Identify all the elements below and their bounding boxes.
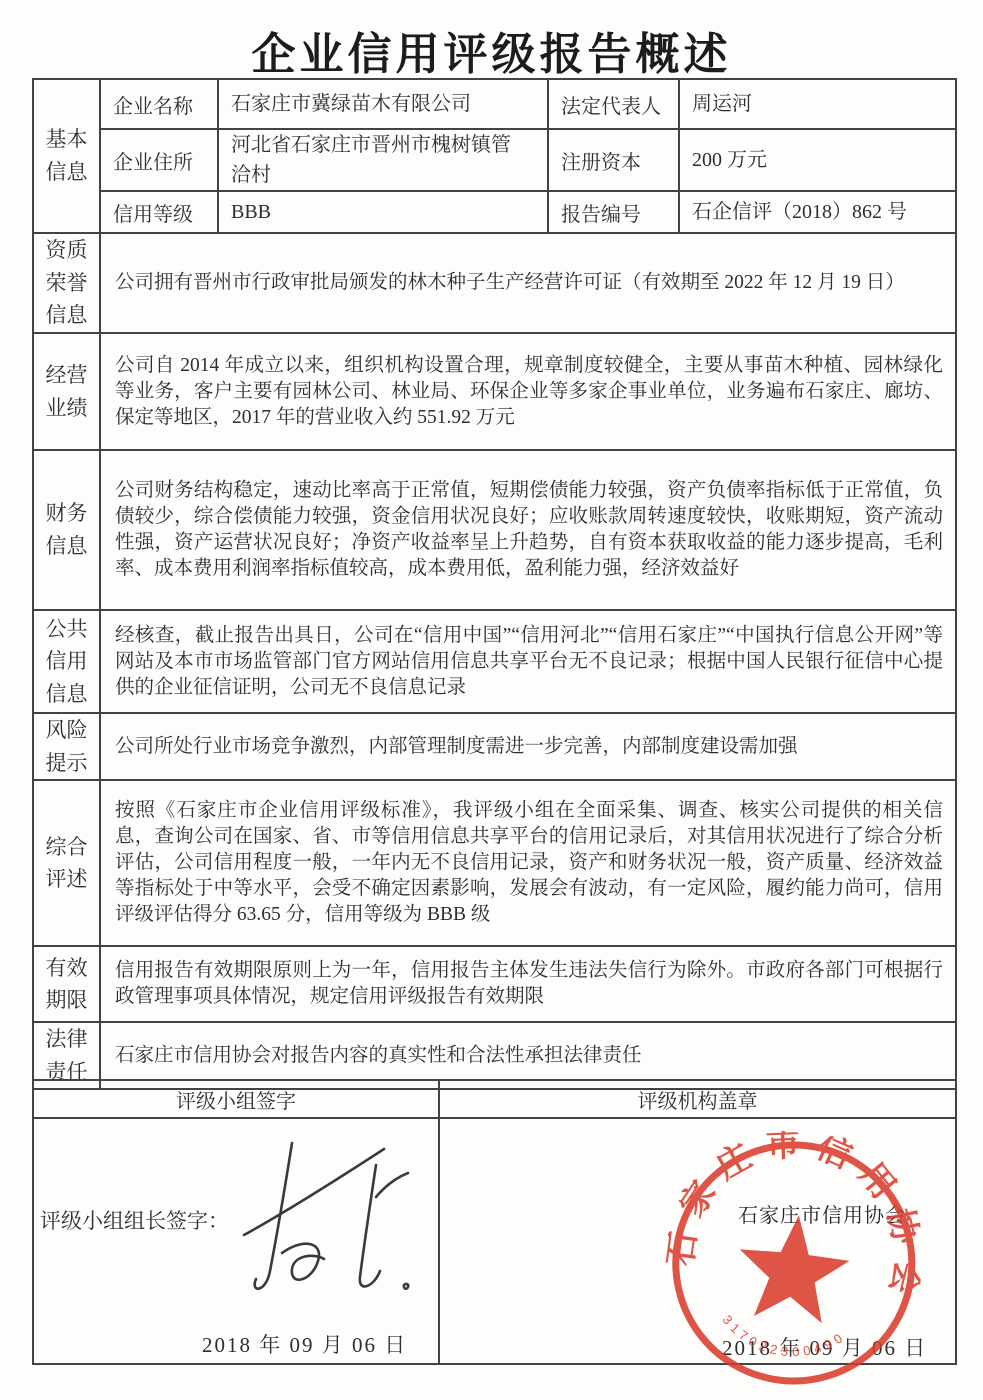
field-label-registered-capital: 注册资本 (548, 129, 679, 191)
field-value-report-number: 石企信评（2018）862 号 (679, 191, 956, 233)
credit-report-page: 企业信用评级报告概述 基本信息 企业名称 石家庄市冀绿苗木有限公司 法定代表人 … (0, 0, 983, 1400)
section-label-text: 资质荣誉信息 (45, 234, 88, 332)
field-label-legal-rep: 法定代表人 (548, 79, 679, 129)
section-label-text: 公共信用信息 (45, 613, 88, 711)
section-content-overall: 按照《石家庄市企业信用评级标准》，我评级小组在全面采集、调查、核实公司提供的相关… (100, 780, 956, 946)
signature-table: 评级小组签字 评级机构盖章 评级小组组长签字： (32, 1079, 957, 1365)
section-row-qualifications: 资质荣誉信息 公司拥有晋州市行政审批局颁发的林木种子生产经营许可证（有效期至 2… (33, 233, 956, 333)
agency-seal-header: 评级机构盖章 (439, 1080, 956, 1118)
field-value-legal-rep: 周运河 (679, 79, 956, 129)
section-content-public-credit: 经核查，截止报告出具日，公司在“信用中国”“信用河北”“信用石家庄”“中国执行信… (100, 610, 956, 713)
team-signature-cell: 评级小组组长签字： 2018 年 09 月 06 日 (33, 1118, 439, 1364)
section-label-basic-info: 基本信息 (33, 79, 100, 233)
section-content-finance: 公司财务结构稳定，速动比率高于正常值，短期偿债能力较强，资产负债率指标低于正常值… (100, 450, 956, 610)
section-label-text: 经营业绩 (45, 359, 88, 424)
basic-info-row: 基本信息 企业名称 石家庄市冀绿苗木有限公司 法定代表人 周运河 (33, 79, 956, 129)
section-label-text: 基本信息 (45, 123, 88, 188)
team-signature-header: 评级小组签字 (33, 1080, 439, 1118)
agency-seal-cell: 石家庄市信用协会 2018 年 09 月 06 日 石家庄市信用协会 (439, 1118, 956, 1364)
section-label-overall: 综合评述 (33, 780, 100, 946)
section-label-text: 财务信息 (45, 497, 88, 562)
section-row-finance: 财务信息 公司财务结构稳定，速动比率高于正常值，短期偿债能力较强，资产负债率指标… (33, 450, 956, 610)
field-value-registered-capital: 200 万元 (679, 129, 956, 191)
section-content-qualifications: 公司拥有晋州市行政审批局颁发的林木种子生产经营许可证（有效期至 2022 年 1… (100, 233, 956, 333)
section-label-risk: 风险提示 (33, 713, 100, 780)
field-value-credit-grade: BBB (218, 191, 548, 233)
handwritten-signature (226, 1137, 431, 1307)
section-content-validity: 信用报告有效期限原则上为一年，信用报告主体发生违法失信行为除外。市政府各部门可根… (100, 946, 956, 1022)
basic-info-row: 企业住所 河北省石家庄市晋州市槐树镇管洽村 注册资本 200 万元 (33, 129, 956, 191)
signature-body-row: 评级小组组长签字： 2018 年 09 月 06 日 (33, 1118, 956, 1364)
page-title: 企业信用评级报告概述 (0, 18, 983, 82)
basic-info-row: 信用等级 BBB 报告编号 石企信评（2018）862 号 (33, 191, 956, 233)
field-value-address: 河北省石家庄市晋州市槐树镇管洽村 (218, 129, 548, 191)
section-row-performance: 经营业绩 公司自 2014 年成立以来，组织机构设置合理，规章制度较健全，主要从… (33, 333, 956, 450)
section-label-public-credit: 公共信用信息 (33, 610, 100, 713)
section-label-text: 综合评述 (45, 831, 88, 896)
field-value-company-name: 石家庄市冀绿苗木有限公司 (218, 79, 548, 129)
section-label-text: 有效期限 (45, 952, 88, 1017)
section-row-validity: 有效期限 信用报告有效期限原则上为一年，信用报告主体发生违法失信行为除外。市政府… (33, 946, 956, 1022)
section-content-risk: 公司所处行业市场竞争激烈，内部管理制度需进一步完善，内部制度建设需加强 (100, 713, 956, 780)
agency-seal-date: 2018 年 09 月 06 日 (722, 1332, 927, 1362)
team-signature-date: 2018 年 09 月 06 日 (202, 1329, 407, 1359)
section-row-public-credit: 公共信用信息 经核查，截止报告出具日，公司在“信用中国”“信用河北”“信用石家庄… (33, 610, 956, 713)
agency-name-text: 石家庄市信用协会 (738, 1199, 906, 1228)
signature-header-row: 评级小组签字 评级机构盖章 (33, 1080, 956, 1118)
field-label-report-number: 报告编号 (548, 191, 679, 233)
field-label-address: 企业住所 (100, 129, 218, 191)
section-label-performance: 经营业绩 (33, 333, 100, 450)
section-content-performance: 公司自 2014 年成立以来，组织机构设置合理，规章制度较健全，主要从事苗木种植… (100, 333, 956, 450)
report-table: 基本信息 企业名称 石家庄市冀绿苗木有限公司 法定代表人 周运河 企业住所 河北… (32, 78, 957, 1090)
leader-signature-label: 评级小组组长签字： (40, 1205, 229, 1235)
field-label-credit-grade: 信用等级 (100, 191, 218, 233)
section-label-finance: 财务信息 (33, 450, 100, 610)
section-label-qualifications: 资质荣誉信息 (33, 233, 100, 333)
section-label-text: 风险提示 (45, 714, 88, 779)
section-label-validity: 有效期限 (33, 946, 100, 1022)
section-row-risk: 风险提示 公司所处行业市场竞争激烈，内部管理制度需进一步完善，内部制度建设需加强 (33, 713, 956, 780)
field-label-company-name: 企业名称 (100, 79, 218, 129)
section-row-overall: 综合评述 按照《石家庄市企业信用评级标准》，我评级小组在全面采集、调查、核实公司… (33, 780, 956, 946)
